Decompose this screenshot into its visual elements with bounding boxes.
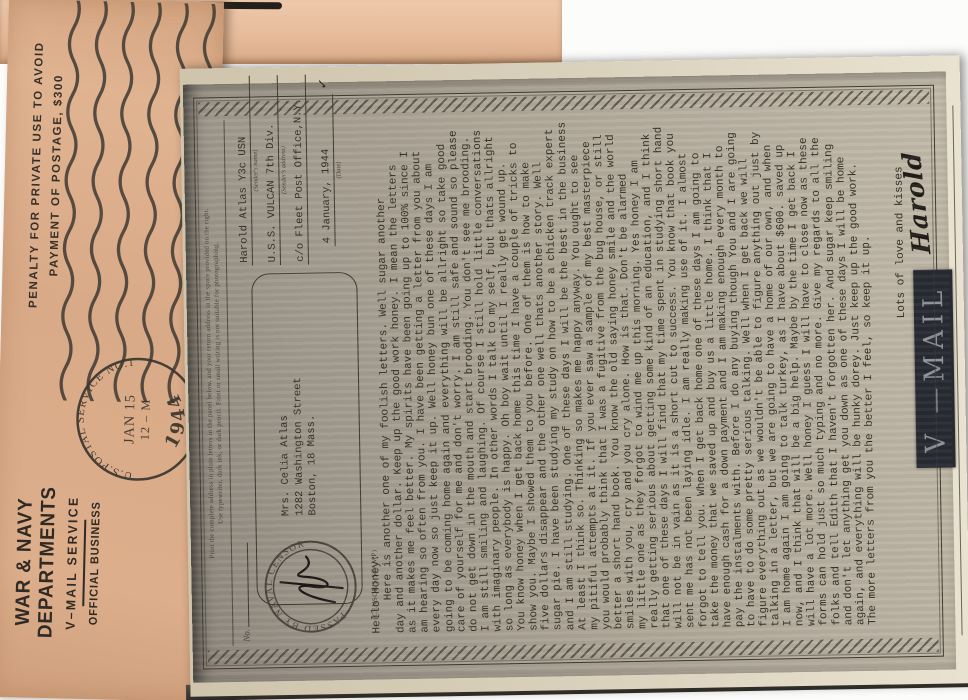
sender-block: Harold Atlas Y3c USN (Sender's name) U.S… bbox=[236, 74, 350, 266]
vmail-letter: Print the complete address in plain lett… bbox=[180, 55, 968, 697]
date-caption: (Date) bbox=[334, 94, 344, 246]
corner-card-rule bbox=[82, 520, 86, 607]
date-checkmark: ✓ bbox=[314, 77, 331, 90]
sender-address-row: c/o Fleet Post Office,N.Y. bbox=[292, 75, 309, 265]
form-hatch-left bbox=[208, 638, 939, 665]
sender-address: c/o Fleet Post Office,N.Y. bbox=[292, 75, 309, 265]
sender-unit-row: U.S.S. VULCAN 7th Div. (Sender's address… bbox=[264, 75, 289, 265]
vmail-scan: WAR & NAVY DEPARTMENTS V–MAIL SERVICE OF… bbox=[0, 0, 968, 700]
sender-name-row: Harold Atlas Y3c USN (Sender's name) bbox=[236, 75, 261, 265]
postmark-time: 12 – M bbox=[138, 398, 153, 440]
no-blank-line bbox=[238, 543, 249, 627]
form-number-field: No. bbox=[238, 543, 252, 642]
address-panel: Mrs. Celia Atlas 1282 Washington Street … bbox=[251, 272, 363, 606]
recipient-address: Mrs. Celia Atlas 1282 Washington Street … bbox=[278, 377, 321, 516]
vmail-logo-bar: V —MAIL bbox=[913, 269, 955, 468]
letter-body: Hello Honey: Here is another one of my f… bbox=[362, 111, 879, 634]
no-label: No. bbox=[241, 629, 251, 642]
form-instructions: Print the complete address in plain lett… bbox=[201, 126, 228, 640]
vmail-logo-text: V —MAIL bbox=[917, 284, 951, 453]
letter-photo: Print the complete address in plain lett… bbox=[183, 71, 956, 682]
corner-card-line2: DEPARTMENTS bbox=[33, 442, 62, 683]
vmail-form: Print the complete address in plain lett… bbox=[193, 85, 944, 670]
letter-date: 4 January, 1944 bbox=[319, 94, 336, 246]
date-row: 4 January, 1944 ✓ (Date) bbox=[319, 94, 344, 246]
postmark-date: JAN 15 bbox=[121, 394, 138, 444]
